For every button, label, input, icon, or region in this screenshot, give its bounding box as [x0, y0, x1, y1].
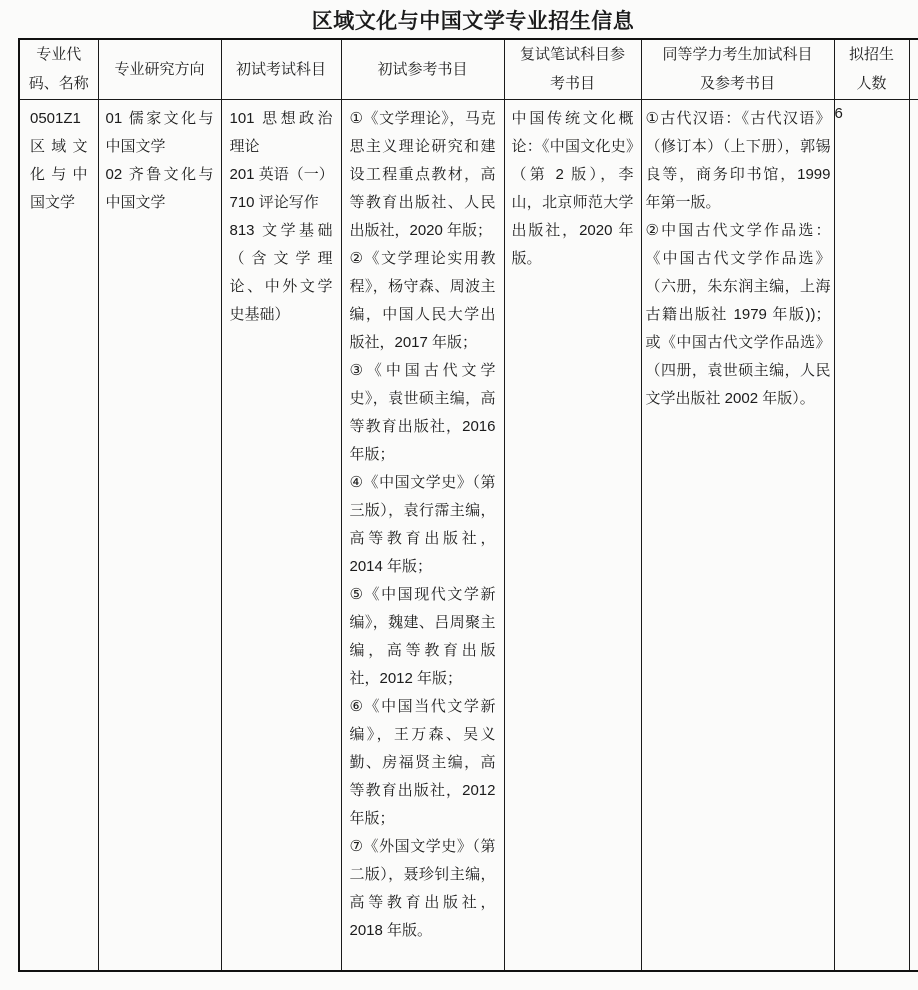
page: 区域文化与中国文学专业招生信息 专业代 码、名称 专业研究方向 初试考试科目 初… [0, 0, 918, 990]
additional-book-1: ①古代汉语：《古代汉语》（修订本）（上下册），郭锡良等，商务印书馆，1999 年… [646, 105, 831, 217]
retest-reference-text: 中国传统文化概论：《中国文化史》（第 2 版），李山，北京师范大学出版社，202… [512, 105, 634, 273]
research-direction-2: 02 齐鲁文化与中国文学 [106, 161, 214, 217]
header-planned-enrollment: 拟招生 人数 [834, 39, 909, 99]
reference-book-1: ①《文学理论》，马克思主义理论研究和建设工程重点教材，高等教育出版社、人民出版社… [350, 105, 496, 245]
header-row: 专业代 码、名称 专业研究方向 初试考试科目 初试参考书目 复试笔试科目参 考书… [19, 39, 918, 99]
header-initial-exam-subjects: 初试考试科目 [221, 39, 341, 99]
planned-enrollment-value: 6 [835, 100, 909, 128]
table-row: 0501Z1 区域文化与中国文学 01 儒家文化与中国文学 02 齐鲁文化与中国… [19, 99, 918, 971]
reference-book-3: ③《中国古代文学史》，袁世硕主编，高等教育出版社，2016 年版； [350, 357, 496, 469]
cell-retest-reference-books: 中国传统文化概论：《中国文化史》（第 2 版），李山，北京师范大学出版社，202… [504, 99, 641, 971]
exam-subject-2: 201 英语（一） [230, 161, 333, 189]
header-initial-reference-books: 初试参考书目 [341, 39, 504, 99]
page-title: 区域文化与中国文学专业招生信息 [18, 9, 918, 35]
additional-book-2: ②中国古代文学作品选：《中国古代文学作品选》（六册，朱东润主编，上海古籍出版社 … [646, 217, 831, 413]
admissions-table-container: 专业代 码、名称 专业研究方向 初试考试科目 初试参考书目 复试笔试科目参 考书… [18, 38, 918, 972]
reference-book-7: ⑦《外国文学史》（第二版），聂珍钊主编，高等教育出版社，2018 年版。 [350, 833, 496, 945]
exam-subject-3: 710 评论写作 [230, 189, 333, 217]
cell-major-code-name: 0501Z1 区域文化与中国文学 [19, 99, 98, 971]
cell-equivalent-additional-books: ①古代汉语：《古代汉语》（修订本）（上下册），郭锡良等，商务印书馆，1999 年… [641, 99, 834, 971]
cell-initial-exam-subjects: 101 思想政治理论 201 英语（一） 710 评论写作 813 文学基础（含… [221, 99, 341, 971]
reference-book-2: ②《文学理论实用教程》，杨守森、周波主编，中国人民大学出版社，2017 年版； [350, 245, 496, 357]
cell-research-directions: 01 儒家文化与中国文学 02 齐鲁文化与中国文学 [98, 99, 221, 971]
reference-book-5: ⑤《中国现代文学新编》，魏建、吕周聚主编，高等教育出版社，2012 年版； [350, 581, 496, 693]
cell-initial-reference-books: ①《文学理论》，马克思主义理论研究和建设工程重点教材，高等教育出版社、人民出版社… [341, 99, 504, 971]
admissions-table: 专业代 码、名称 专业研究方向 初试考试科目 初试参考书目 复试笔试科目参 考书… [18, 38, 918, 972]
header-research-direction: 专业研究方向 [98, 39, 221, 99]
header-retest-reference-books: 复试笔试科目参 考书目 [504, 39, 641, 99]
reference-book-4: ④《中国文学史》（第三版），袁行霈主编，高等教育出版社，2014 年版； [350, 469, 496, 581]
exam-subject-1: 101 思想政治理论 [230, 105, 333, 161]
research-direction-1: 01 儒家文化与中国文学 [106, 105, 214, 161]
cell-planned-enrollment: 6 [834, 99, 909, 971]
exam-subject-4: 813 文学基础（含文学理论、中外文学史基础） [230, 217, 333, 329]
major-code-name-text: 0501Z1 区域文化与中国文学 [30, 105, 88, 217]
reference-book-6: ⑥《中国当代文学新编》，王万森、吴义勤、房福贤主编，高等教育出版社，2012 年… [350, 693, 496, 833]
header-cutoff-column [909, 39, 918, 99]
cutoff-column-cell [909, 99, 918, 971]
header-major-code-name: 专业代 码、名称 [19, 39, 98, 99]
header-equivalent-additional: 同等学力考生加试科目 及参考书目 [641, 39, 834, 99]
